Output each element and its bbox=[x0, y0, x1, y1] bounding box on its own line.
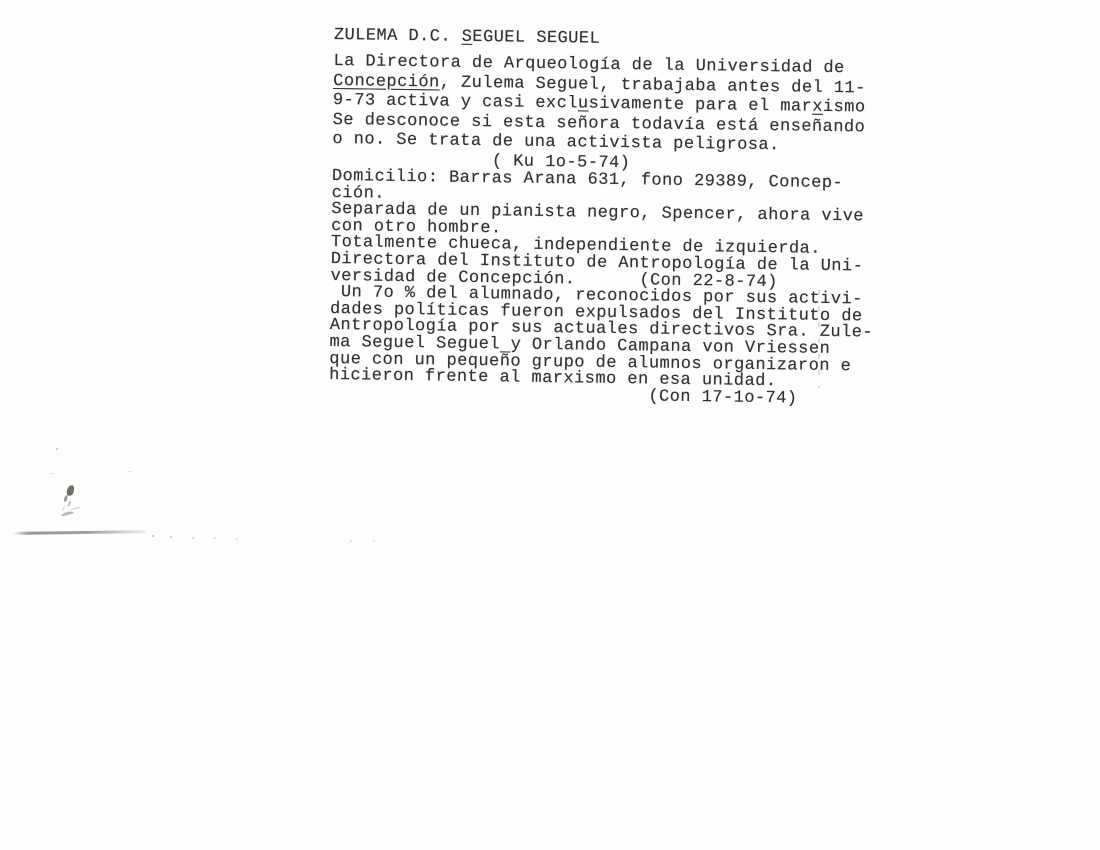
intro-paragraph: La Directora de Arqueología de la Univer… bbox=[332, 52, 899, 177]
scratch-line bbox=[13, 530, 146, 535]
document-title-block: ZULEMA D.C. SEGUEL SEGUEL bbox=[334, 26, 899, 54]
text-segment: ZULEMA D.C. bbox=[334, 26, 462, 47]
paper-crease-mark bbox=[818, 290, 820, 388]
scanned-document-page: ZULEMA D.C. SEGUEL SEGUEL La Directora d… bbox=[0, 0, 1100, 850]
text-segment: EGUEL SEGUEL bbox=[472, 28, 600, 49]
document-title: ZULEMA D.C. SEGUEL SEGUEL bbox=[334, 26, 899, 54]
body-paragraphs: Domicilio: Barras Arana 631, fono 29389,… bbox=[329, 169, 897, 409]
paper-speck bbox=[56, 448, 58, 450]
scratch-dots bbox=[152, 535, 154, 537]
underlined-text: Concepción bbox=[333, 71, 440, 91]
typed-text-block: ZULEMA D.C. SEGUEL SEGUEL La Directora d… bbox=[329, 26, 899, 409]
ink-smudge bbox=[65, 484, 75, 497]
paper-speck bbox=[50, 473, 53, 474]
underlined-text: x bbox=[812, 98, 823, 117]
ink-smudge bbox=[61, 510, 74, 516]
paper-speck bbox=[128, 471, 131, 472]
text-segment: sivamente para el mar bbox=[588, 95, 812, 117]
underlined-text: u bbox=[578, 94, 589, 113]
text-segment: ismo bbox=[823, 98, 866, 118]
